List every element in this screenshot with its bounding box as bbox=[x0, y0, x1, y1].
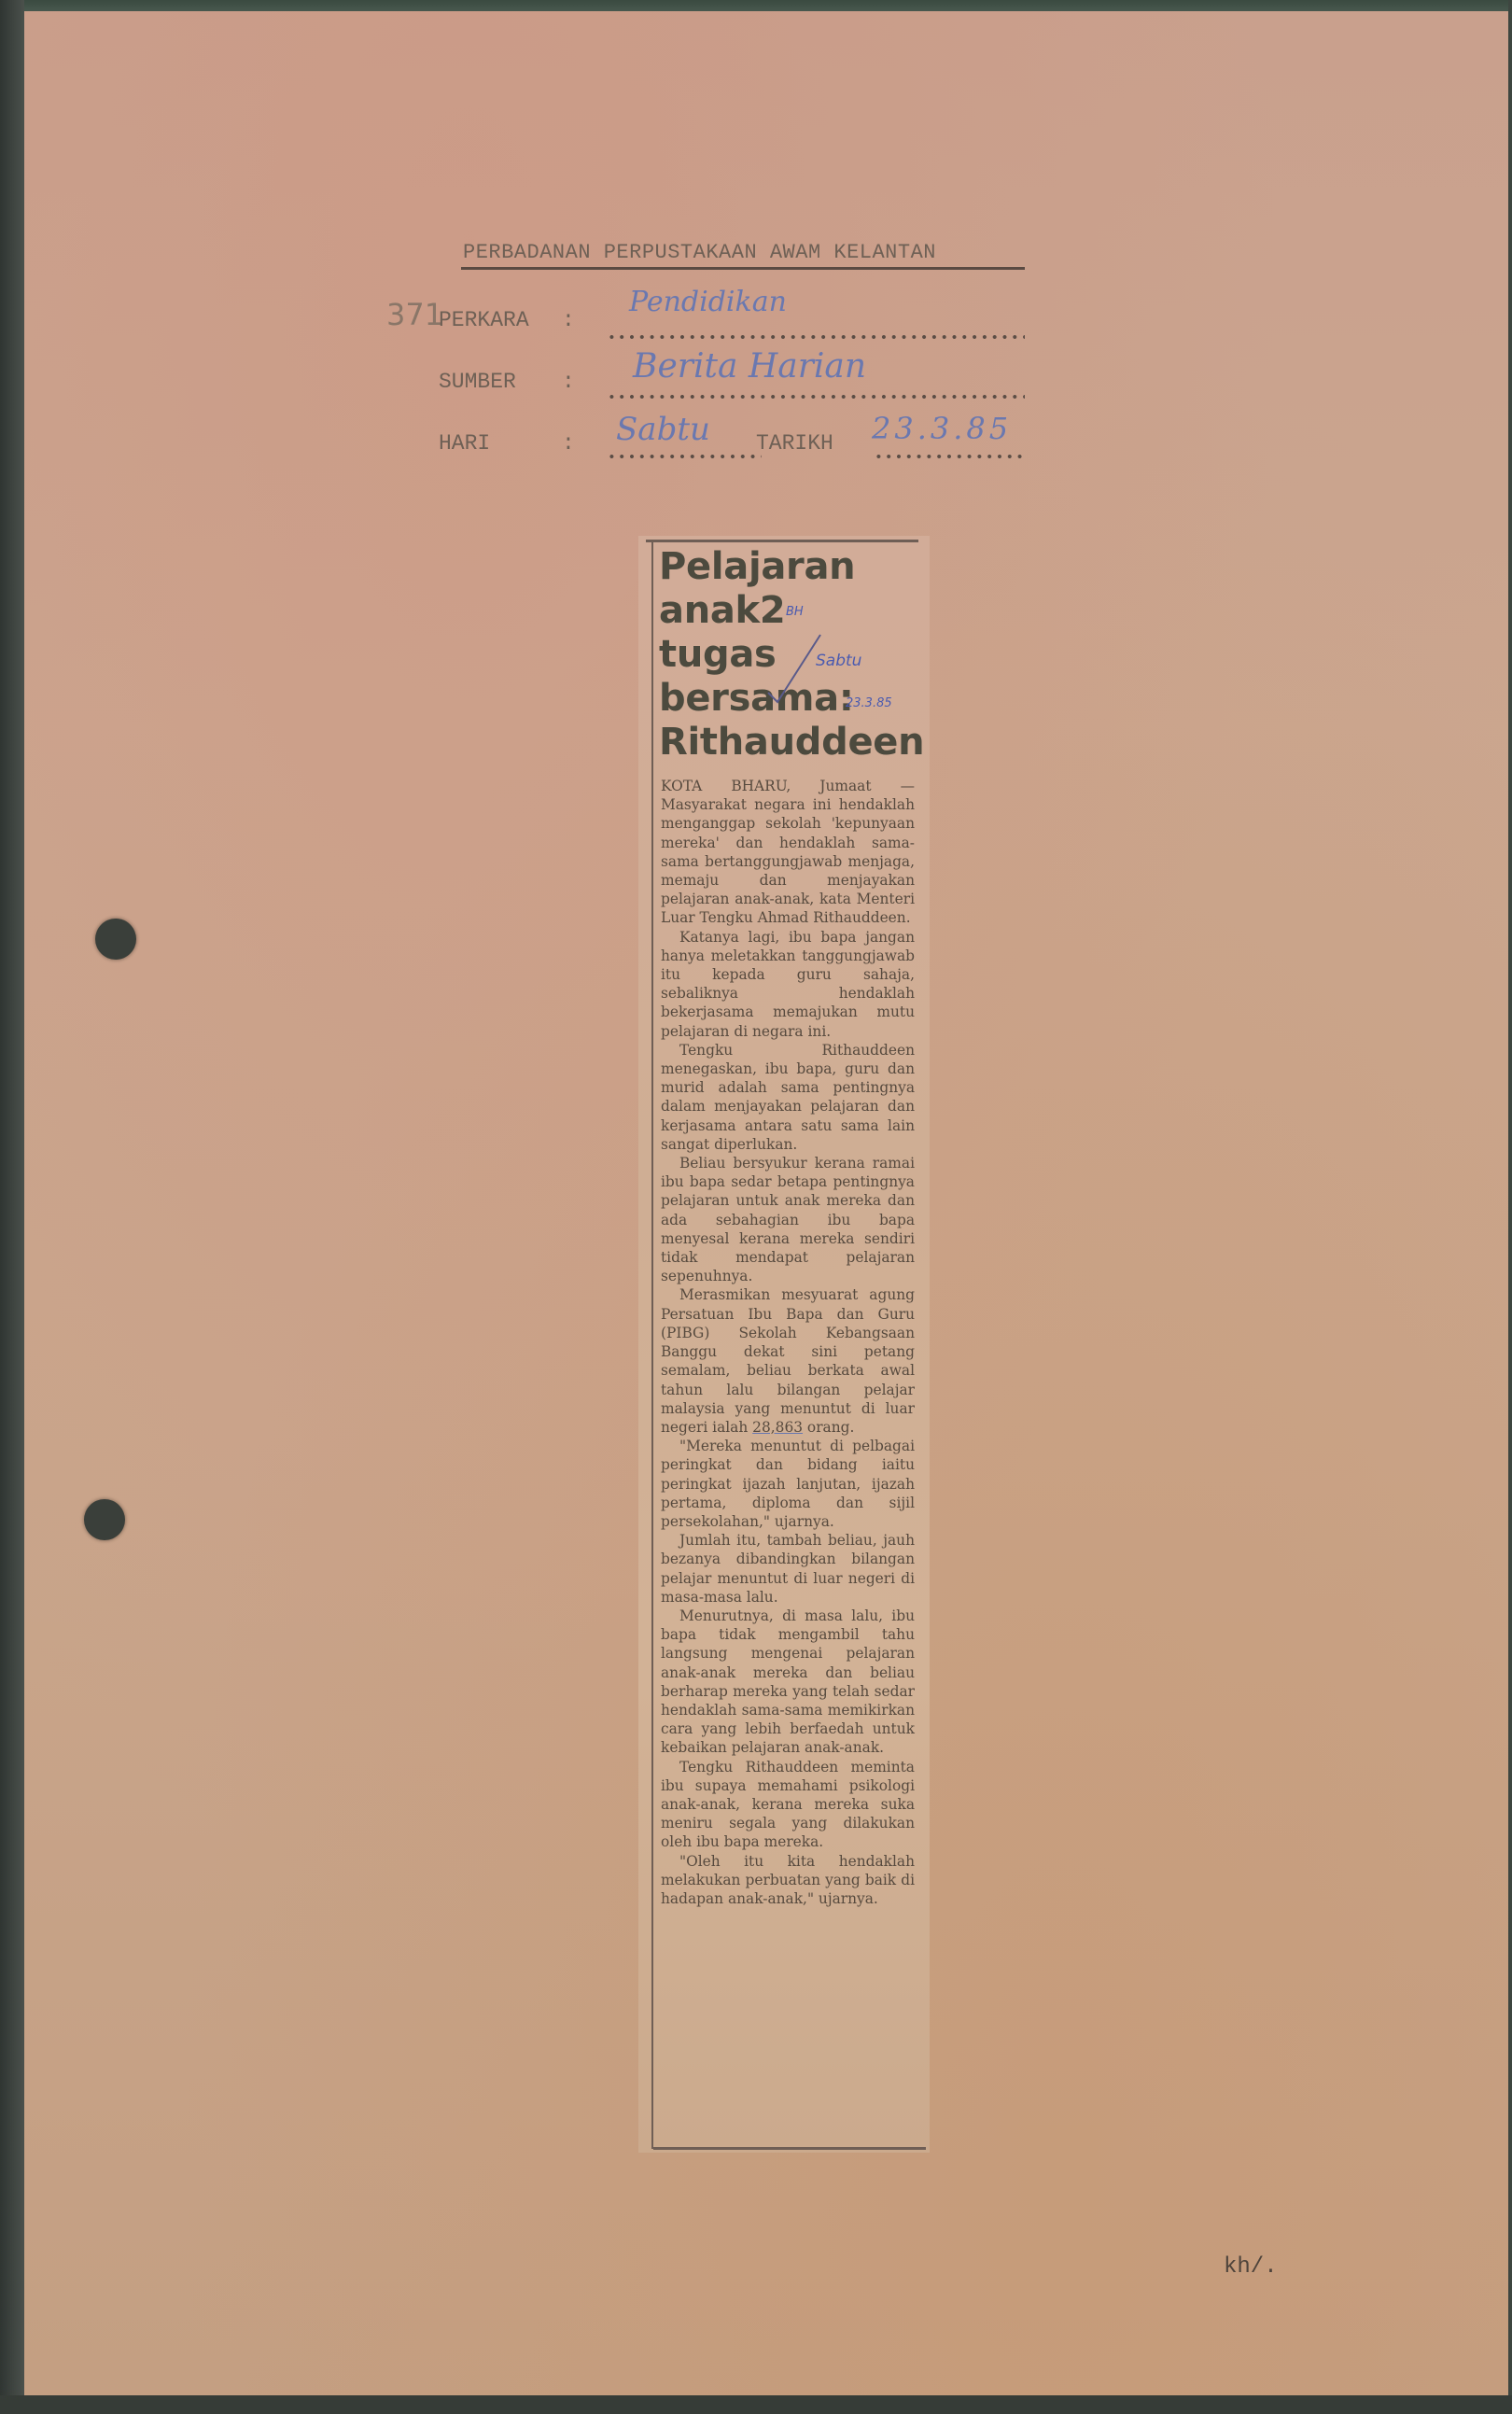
field-colon: : bbox=[562, 308, 575, 332]
annotation-date: 23.3.85 bbox=[846, 696, 892, 710]
article-paragraph: Tengku Rithauddeen meminta ibu supaya me… bbox=[661, 1758, 915, 1852]
scan-border-right bbox=[1508, 0, 1512, 2414]
field-value-perkara: Pendidikan bbox=[629, 286, 787, 318]
field-value-sumber: Berita Harian bbox=[633, 347, 866, 386]
title-underline bbox=[461, 267, 1025, 270]
annotation-page: BH bbox=[786, 605, 804, 619]
punch-hole-icon bbox=[84, 1499, 125, 1540]
headline-line: Pelajaran bbox=[659, 545, 930, 589]
organization-title: PERBADANAN PERPUSTAKAAN AWAM KELANTAN bbox=[463, 241, 936, 264]
article-paragraph: Beliau bersyukur kerana ramai ibu bapa s… bbox=[661, 1154, 915, 1285]
checkmark-icon bbox=[766, 629, 822, 704]
field-value-tarikh: 23.3.85 bbox=[872, 411, 1012, 446]
field-label-hari: HARI bbox=[439, 431, 490, 456]
article-paragraph: "Oleh itu kita hendaklah melakukan perbu… bbox=[661, 1852, 915, 1909]
typist-initials: kh/. bbox=[1224, 2254, 1278, 2280]
archive-sheet: PERBADANAN PERPUSTAKAAN AWAM KELANTAN 37… bbox=[24, 11, 1508, 2395]
clipping-top-rule bbox=[646, 540, 918, 542]
field-label-sumber: SUMBER bbox=[439, 370, 516, 394]
classification-number: 371 bbox=[386, 297, 443, 332]
article-paragraph: Tengku Rithauddeen menegaskan, ibu bapa,… bbox=[661, 1041, 915, 1154]
field-label-tarikh: TARIKH bbox=[756, 431, 833, 456]
headline-line: Rithauddeen bbox=[659, 721, 930, 765]
field-dotted-line bbox=[874, 454, 1025, 459]
field-dotted-line bbox=[607, 334, 1025, 340]
article-body: KOTA BHARU, Jumaat — Masyarakat negara i… bbox=[661, 777, 915, 1908]
student-count: 28,863 bbox=[752, 1419, 803, 1436]
field-label-perkara: PERKARA bbox=[439, 308, 529, 332]
field-value-hari: Sabtu bbox=[616, 411, 710, 448]
article-paragraph: Katanya lagi, ibu bapa jangan hanya mele… bbox=[661, 928, 915, 1041]
field-colon: : bbox=[562, 370, 575, 394]
field-dotted-line bbox=[607, 394, 1025, 400]
dateline: KOTA BHARU, Jumaat — bbox=[661, 778, 915, 794]
scan-border-bottom bbox=[0, 2395, 1512, 2414]
field-dotted-line bbox=[607, 454, 762, 459]
annotation-day: Sabtu bbox=[816, 652, 861, 670]
clipping-left-rule bbox=[651, 540, 653, 2149]
field-colon: : bbox=[562, 431, 575, 456]
clipping-bottom-rule bbox=[653, 2147, 926, 2150]
article-paragraph: Menurutnya, di masa lalu, ibu bapa tidak… bbox=[661, 1607, 915, 1758]
article-paragraph: "Mereka menuntut di pelbagai peringkat d… bbox=[661, 1437, 915, 1531]
punch-hole-icon bbox=[95, 919, 136, 960]
scan-border-left bbox=[0, 0, 24, 2414]
article-paragraph: Merasmikan mesyuarat agung Persatuan Ibu… bbox=[661, 1285, 915, 1437]
article-paragraph: Jumlah itu, tambah beliau, jauh bezanya … bbox=[661, 1531, 915, 1607]
newspaper-clipping: Pelajaran anak2 tugas bersama: Rithaudde… bbox=[638, 536, 930, 2153]
article-paragraph: KOTA BHARU, Jumaat — Masyarakat negara i… bbox=[661, 777, 915, 928]
